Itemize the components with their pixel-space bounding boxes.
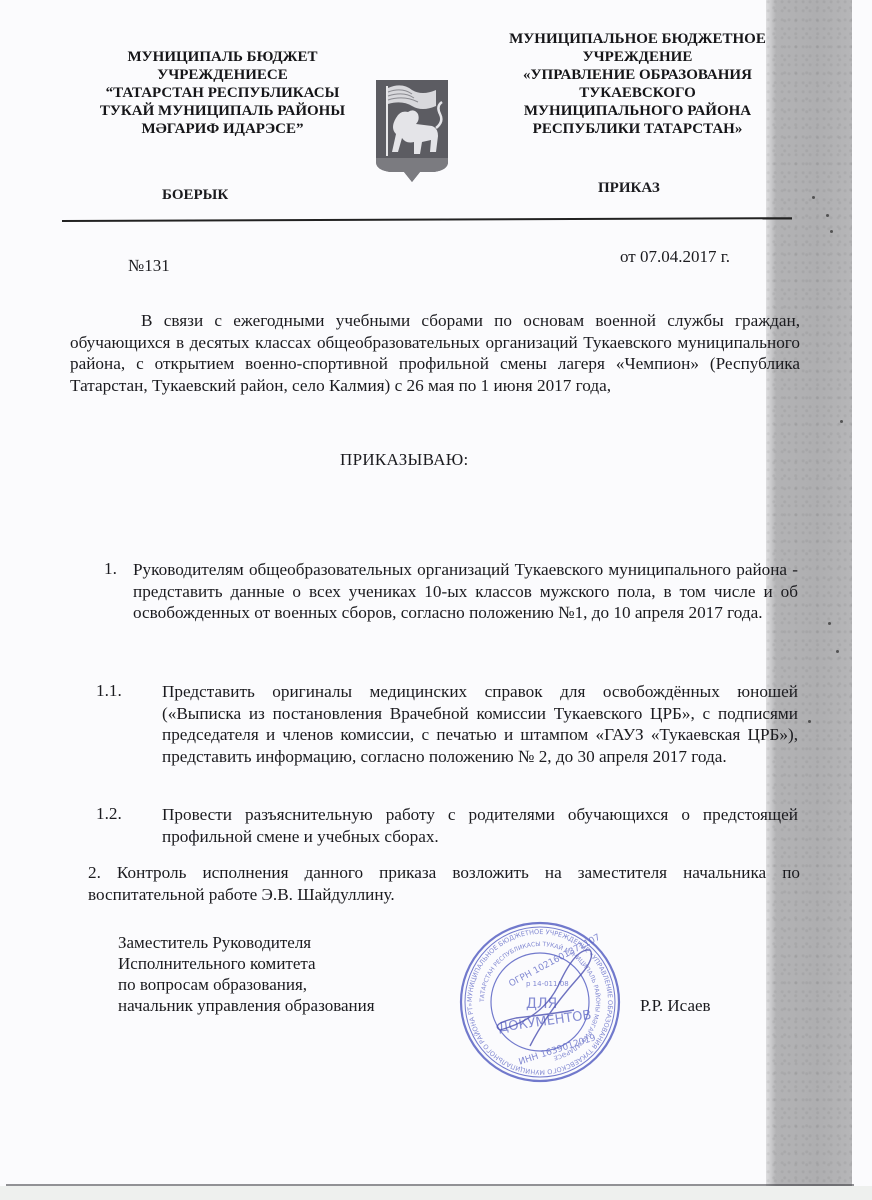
header-right-line: РЕСПУБЛИКИ ТАТАРСТАН»: [470, 120, 805, 138]
header-right-line: ТУКАЕВСКОГО: [470, 84, 805, 102]
scan-speck: [830, 230, 833, 233]
position-line: Заместитель Руководителя: [118, 932, 375, 953]
order-subitem-1-2: Провести разъяснительную работу с родите…: [162, 804, 798, 847]
header-left-line: МУНИЦИПАЛЬ БЮДЖЕТ: [80, 48, 365, 66]
header-right-line: МУНИЦИПАЛЬНОГО РАЙОНА: [470, 102, 805, 120]
header-right-line: МУНИЦИПАЛЬНОЕ БЮДЖЕТНОЕ: [470, 30, 805, 48]
scan-speck: [836, 650, 839, 653]
position-line: Исполнительного комитета: [118, 953, 375, 974]
item-number: 1.: [104, 559, 117, 579]
scan-speck: [808, 720, 811, 723]
subitem-number: 1.1.: [96, 681, 122, 701]
header-left-line: МӘГАРИФ ИДАРЭСЕ”: [80, 120, 365, 138]
order-subitem-1-1: Представить оригиналы медицинских справо…: [162, 681, 798, 767]
scanner-background: [0, 1186, 872, 1200]
position-line: начальник управления образования: [118, 995, 375, 1016]
doc-type-russian: ПРИКАЗ: [598, 180, 660, 197]
header-right-org: МУНИЦИПАЛЬНОЕ БЮДЖЕТНОЕ УЧРЕЖДЕНИЕ «УПРА…: [470, 30, 805, 138]
scan-speck: [812, 196, 815, 199]
page-right-margin: [852, 0, 872, 1186]
header-left-line: “ТАТАРСТАН РЕСПУБЛИКАСЫ: [80, 84, 365, 102]
header-left-org: МУНИЦИПАЛЬ БЮДЖЕТ УЧРЕЖДЕНИЕСЕ “ТАТАРСТА…: [80, 48, 365, 138]
document-date: от 07.04.2017 г.: [620, 247, 730, 267]
header-right-line: «УПРАВЛЕНИЕ ОБРАЗОВАНИЯ: [470, 66, 805, 84]
header-left-line: УЧРЕЖДЕНИЕСЕ: [80, 66, 365, 84]
order-item-2: 2. Контроль исполнения данного приказа в…: [88, 862, 800, 905]
header-left-line: ТУКАЙ МУНИЦИПАЛЬ РАЙОНЫ: [80, 102, 365, 120]
document-number: №131: [128, 256, 170, 276]
scan-speck: [828, 622, 831, 625]
header-right-line: УЧРЕЖДЕНИЕ: [470, 48, 805, 66]
signatory-name: Р.Р. Исаев: [640, 996, 711, 1016]
intro-paragraph: В связи с ежегодными учебными сборами по…: [70, 310, 800, 396]
doc-type-tatar: БОЕРЫК: [162, 187, 228, 204]
official-stamp: МУНИЦИПАЛЬНОЕ БЮДЖЕТНОЕ УЧРЕЖДЕНИЕ «УПРА…: [456, 918, 624, 1086]
decree-heading: ПРИКАЗЫВАЮ:: [340, 450, 469, 470]
position-line: по вопросам образования,: [118, 974, 375, 995]
subitem-number: 1.2.: [96, 804, 122, 824]
scan-speck: [840, 420, 843, 423]
signatory-position: Заместитель Руководителя Исполнительного…: [118, 932, 375, 1016]
stamp-code: р 14-011/08: [526, 980, 569, 988]
coat-of-arms-icon: [374, 78, 450, 186]
stamp-center-bottom: ДОКУМЕНТОВ: [497, 1008, 592, 1036]
scan-speck: [826, 214, 829, 217]
order-item-1: Руководителям общеобразовательных органи…: [133, 559, 798, 624]
